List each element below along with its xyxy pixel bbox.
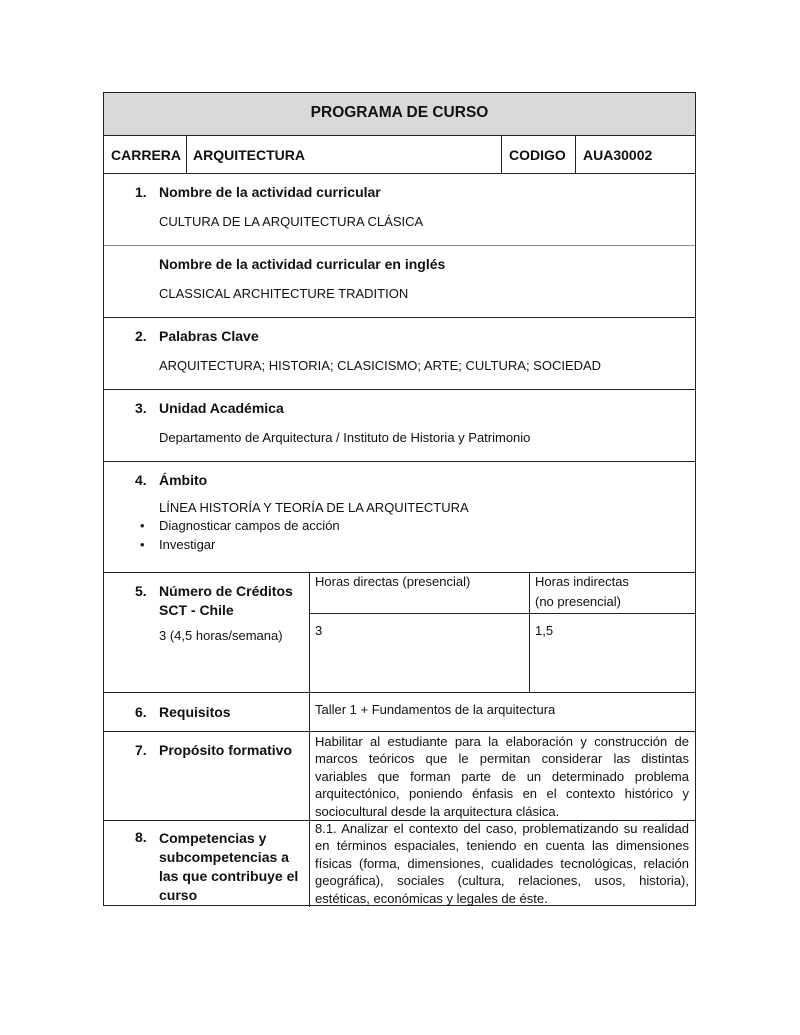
section-8-heading-line: Competencias y	[159, 829, 266, 848]
section-4-heading: Ámbito	[159, 472, 207, 488]
section-3-number: 3.	[135, 400, 147, 416]
section-8-value: 8.1. Analizar el contexto del caso, prob…	[315, 820, 689, 907]
section-2-heading: Palabras Clave	[159, 328, 259, 344]
section-3-heading: Unidad Académica	[159, 400, 284, 416]
codigo-label: CODIGO	[509, 147, 566, 163]
direct-hours-header: Horas directas (presencial)	[315, 574, 470, 590]
section-7-value: Habilitar al estudiante para la elaborac…	[315, 733, 689, 820]
section-4-bullet: Investigar	[159, 537, 215, 553]
document-page: PROGRAMA DE CURSO CARRERA ARQUITECTURA C…	[0, 0, 800, 1035]
direct-hours-value: 3	[315, 623, 322, 639]
section-1-number: 1.	[135, 184, 147, 200]
divider	[104, 173, 695, 174]
indirect-hours-header-line2: (no presencial)	[535, 594, 621, 610]
codigo-value: AUA30002	[583, 147, 652, 163]
section-5-number: 5.	[135, 583, 147, 599]
divider	[104, 245, 695, 246]
divider	[104, 731, 695, 732]
section-7-number: 7.	[135, 742, 147, 758]
section-6-heading: Requisitos	[159, 704, 231, 720]
section-1b-value: CLASSICAL ARCHITECTURE TRADITION	[159, 286, 408, 302]
section-7-heading: Propósito formativo	[159, 742, 292, 758]
section-8-heading-line: subcompetencias a	[159, 848, 289, 867]
divider	[501, 135, 502, 173]
section-5-value: 3 (4,5 horas/semana)	[159, 628, 283, 644]
section-1-value: CULTURA DE LA ARQUITECTURA CLÁSICA	[159, 214, 423, 230]
carrera-value: ARQUITECTURA	[193, 147, 305, 163]
carrera-label: CARRERA	[111, 147, 181, 163]
section-6-number: 6.	[135, 704, 147, 720]
section-4-value: LÍNEA HISTORÍA Y TEORÍA DE LA ARQUITECTU…	[159, 500, 469, 516]
section-5-heading-line2: SCT - Chile	[159, 602, 234, 618]
divider	[104, 135, 695, 136]
divider	[186, 135, 187, 173]
divider	[309, 613, 695, 614]
section-1-heading: Nombre de la actividad curricular	[159, 184, 381, 200]
section-6-value: Taller 1 + Fundamentos de la arquitectur…	[315, 702, 555, 718]
divider	[529, 572, 530, 692]
divider	[309, 572, 310, 907]
divider	[104, 692, 695, 693]
divider	[104, 572, 695, 573]
section-8-number: 8.	[135, 829, 147, 845]
document-title: PROGRAMA DE CURSO	[104, 105, 695, 121]
divider	[575, 135, 576, 173]
section-4-number: 4.	[135, 472, 147, 488]
divider	[104, 317, 695, 318]
section-8-heading-line: las que contribuye el	[159, 867, 298, 886]
course-program-table: PROGRAMA DE CURSO CARRERA ARQUITECTURA C…	[103, 92, 696, 906]
section-2-number: 2.	[135, 328, 147, 344]
divider	[104, 461, 695, 462]
indirect-hours-header-line1: Horas indirectas	[535, 574, 629, 590]
section-5-heading-line1: Número de Créditos	[159, 583, 293, 599]
section-1b-heading: Nombre de la actividad curricular en ing…	[159, 256, 445, 272]
section-8-heading-line: curso	[159, 886, 197, 905]
section-3-value: Departamento de Arquitectura / Instituto…	[159, 430, 530, 446]
indirect-hours-value: 1,5	[535, 623, 553, 639]
section-2-value: ARQUITECTURA; HISTORIA; CLASICISMO; ARTE…	[159, 358, 601, 374]
divider	[104, 389, 695, 390]
section-4-bullet: Diagnosticar campos de acción	[159, 518, 340, 534]
